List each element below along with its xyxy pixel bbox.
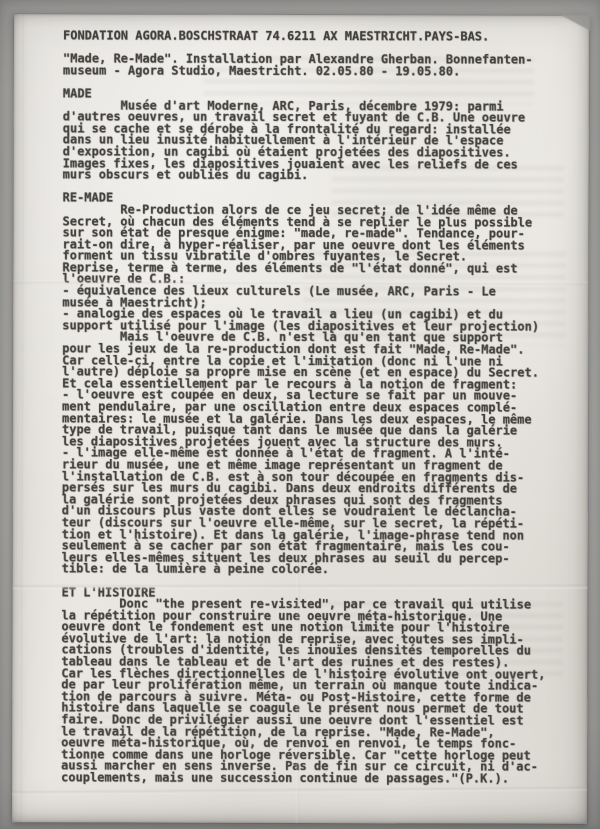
- fold-crease: [12, 787, 587, 796]
- fold-crease: [21, 14, 25, 822]
- photographed-document: FONDATION AGORA.BOSCHSTRAAT 74.6211 AX M…: [0, 0, 600, 829]
- corner-fold: [560, 15, 590, 31]
- document-line: couplements, mais une succession continu…: [61, 772, 575, 785]
- typed-page-content: FONDATION AGORA.BOSCHSTRAAT 74.6211 AX M…: [61, 30, 577, 785]
- address-line: FONDATION AGORA.BOSCHSTRAAT 74.6211 AX M…: [63, 30, 577, 43]
- intro-line: museum - Agora Studio, Maestricht. 02.05…: [63, 65, 577, 78]
- paper-sheet: FONDATION AGORA.BOSCHSTRAAT 74.6211 AX M…: [12, 14, 589, 824]
- document-line: tible: de la lumière à peine colorée.: [62, 564, 576, 577]
